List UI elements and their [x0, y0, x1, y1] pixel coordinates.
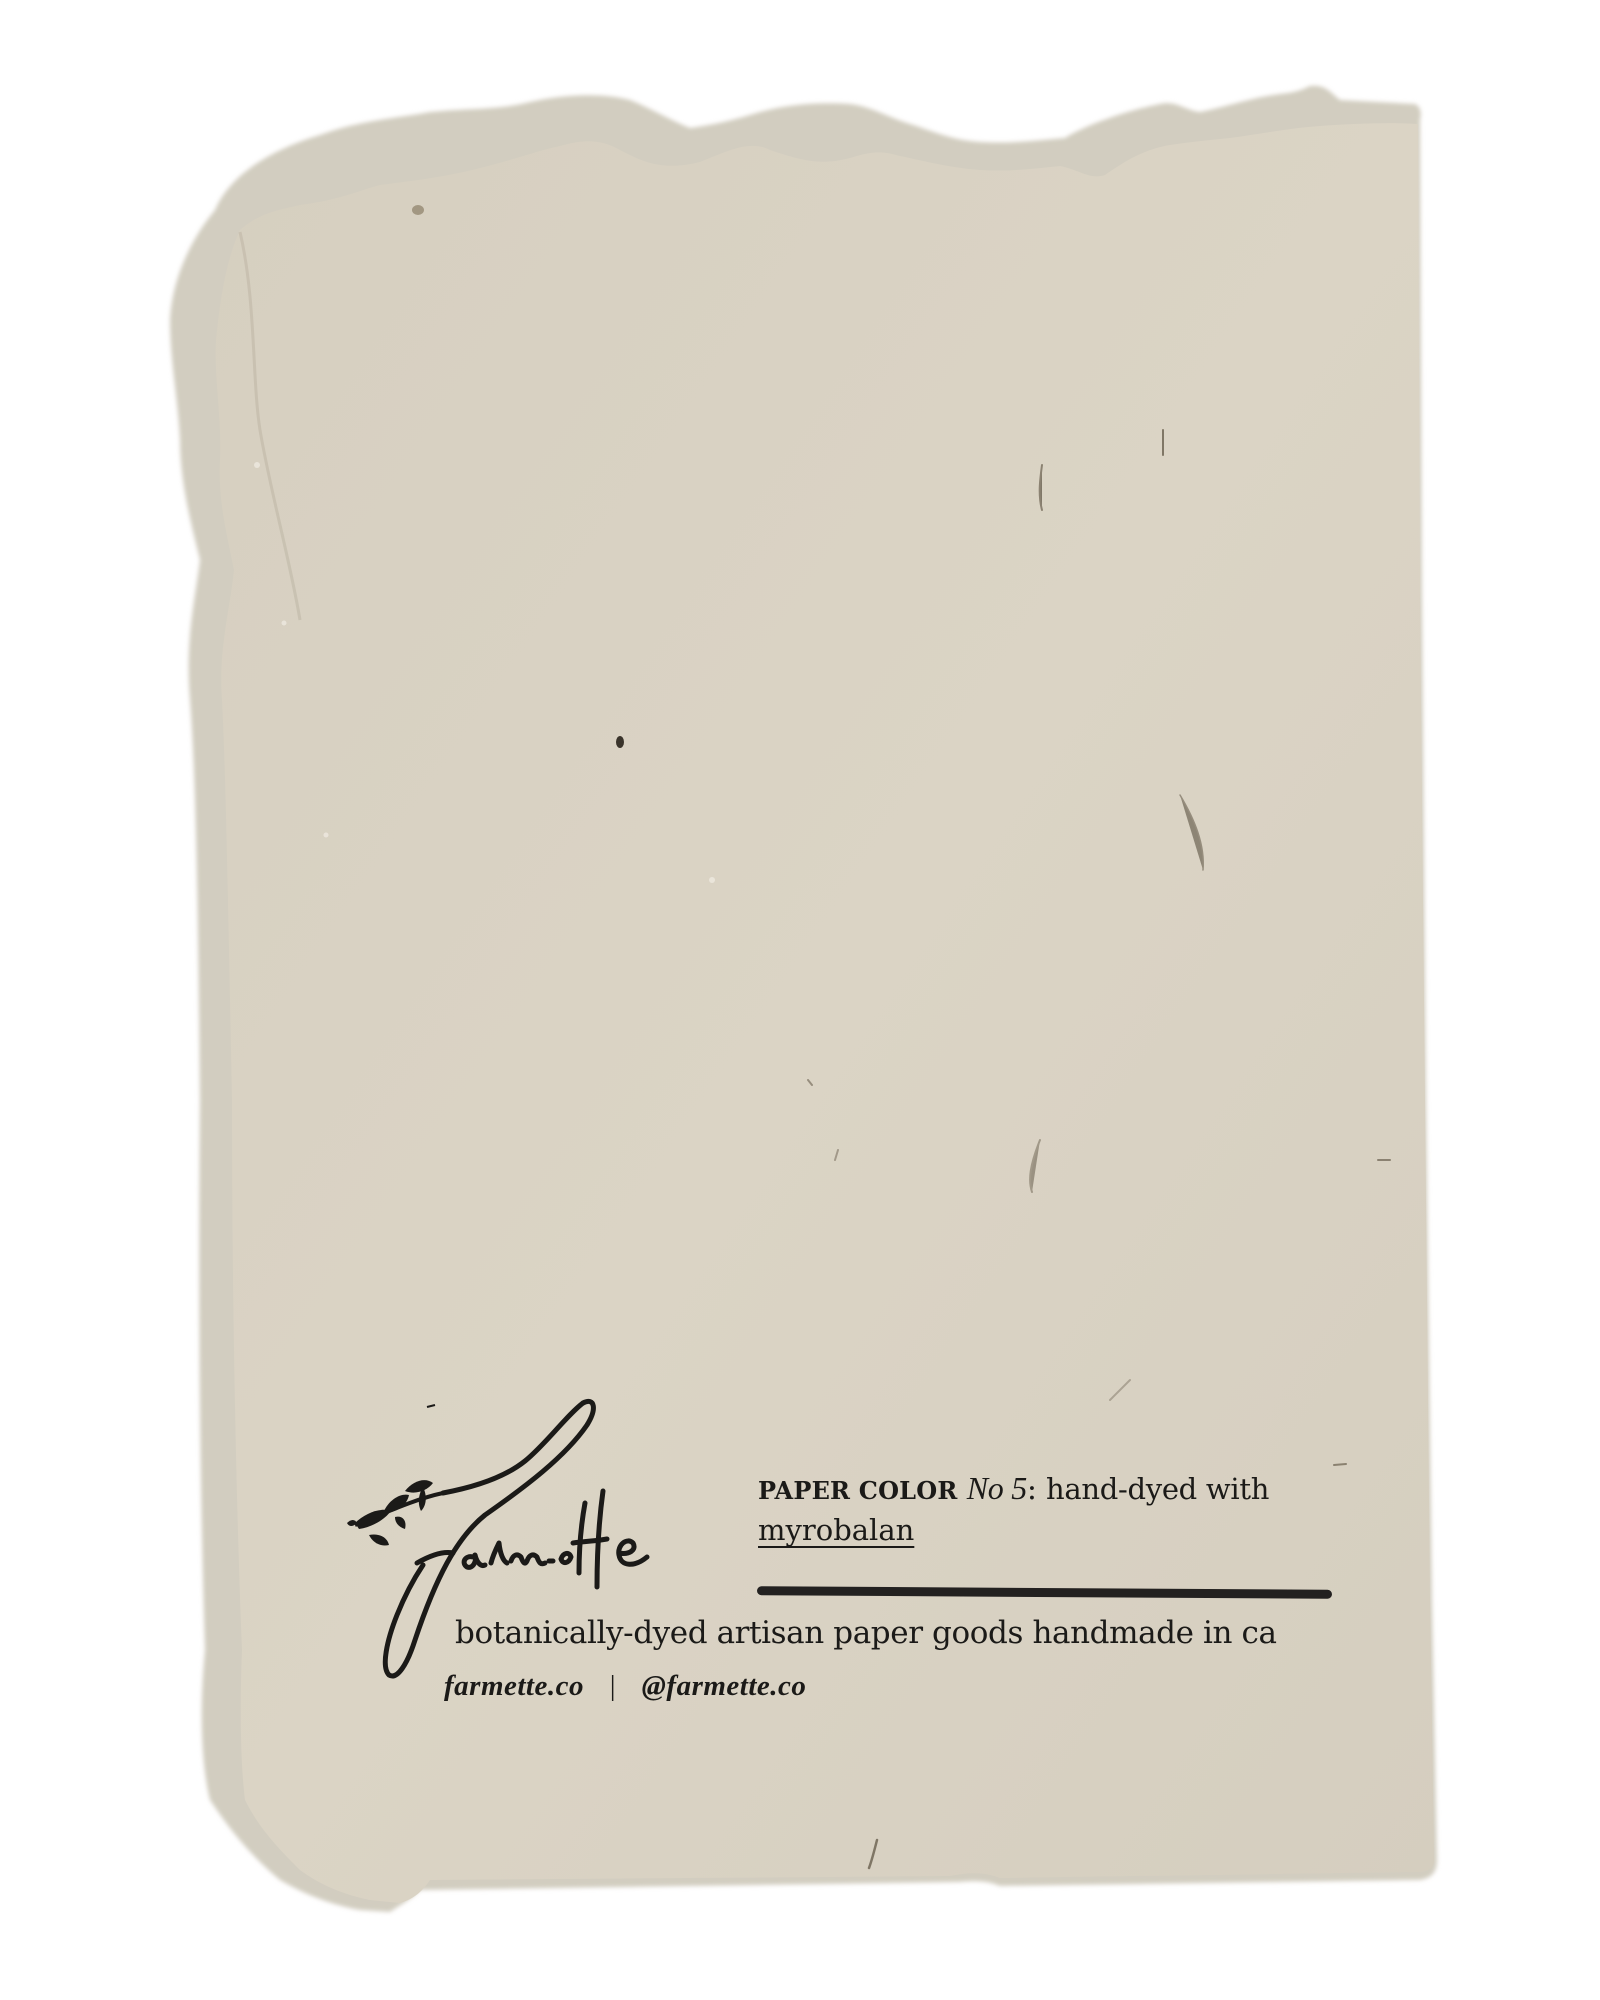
social-handle: @farmette.co: [642, 1670, 807, 1702]
paper-color-label: PAPER COLOR No 5: hand-dyed with: [758, 1466, 1269, 1513]
dye-material: myrobalan: [758, 1510, 914, 1550]
paper-color-prefix: PAPER COLOR: [758, 1476, 958, 1505]
paper-color-number: No 5: [967, 1470, 1027, 1506]
paper-color-colon: :: [1027, 1472, 1037, 1507]
contact-links: farmette.co | @farmette.co: [444, 1664, 806, 1708]
tagline: botanically-dyed artisan paper goods han…: [455, 1610, 1277, 1656]
product-photo: PAPER COLOR No 5: hand-dyed with myrobal…: [0, 0, 1600, 2000]
link-separator: |: [610, 1670, 616, 1702]
botanical-sprig-icon: [347, 1480, 433, 1545]
website-link: farmette.co: [444, 1670, 584, 1702]
dye-description: hand-dyed with: [1046, 1472, 1269, 1506]
